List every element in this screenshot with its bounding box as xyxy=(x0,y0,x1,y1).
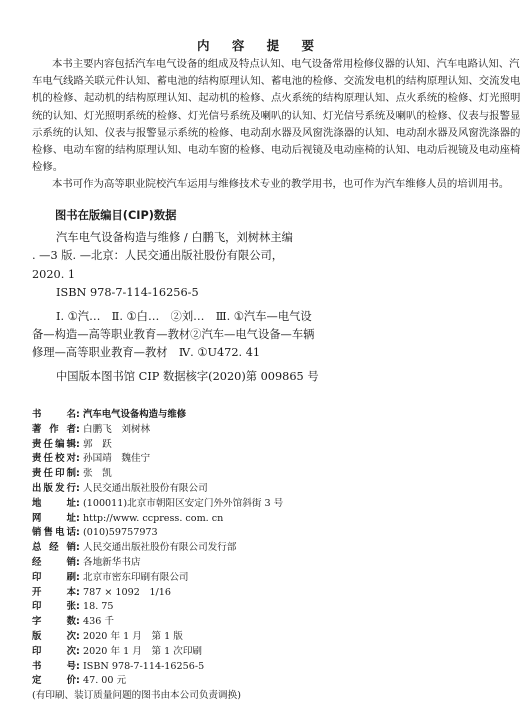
colophon-label: 书名 xyxy=(32,408,76,423)
isbn-value: ISBN 978-7-114-16256-5 xyxy=(82,660,204,675)
printer-value: 北京市密东印刷有限公司 xyxy=(82,571,189,586)
cip-isbn-line: ISBN 978-7-114-16256-5 xyxy=(32,284,492,302)
price-value: 47. 00 元 xyxy=(82,674,126,689)
abstract-line: 本书主要内容包括汽车电气设备的组成及特点认知、电气设备常用检修仪器的认知、汽车电… xyxy=(32,56,490,73)
colophon: 书名:汽车电气设备构造与维修 著作者:白鹏飞 刘树林 责任编辑:郭 跃 责任校对… xyxy=(32,408,492,704)
cip-date-line: 2020. 1 xyxy=(32,266,492,284)
colophon-label: 字数 xyxy=(32,615,76,630)
colophon-row-proofreader: 责任校对:孙国靖 魏佳宁 xyxy=(32,452,492,467)
retailer-value: 各地新华书店 xyxy=(82,556,141,571)
colophon-label: 责任印制 xyxy=(32,467,76,482)
colophon-label: 经销 xyxy=(32,556,76,571)
address-value: (100011)北京市朝阳区安定门外外馆斜街 3 号 xyxy=(82,497,283,512)
distributor-value: 人民交通出版社股份有限公司发行部 xyxy=(82,541,237,556)
colophon-row-format: 开本:787 × 1092 1/16 xyxy=(32,586,492,601)
abstract-usage-paragraph: 本书可作为高等职业院校汽车运用与维修技术专业的教学用书，也可作为汽车维修人员的培… xyxy=(32,176,490,193)
colophon-row-distributor: 总经销:人民交通出版社股份有限公司发行部 xyxy=(32,541,492,556)
colophon-label: 出版发行 xyxy=(32,482,76,497)
cip-heading: 图书在版编目(CIP)数据 xyxy=(55,207,176,223)
cip-classification-line: Ⅰ. ①汽… Ⅱ. ①白… ②刘… Ⅲ. ①汽车—电气设 xyxy=(32,308,492,326)
website-value: http://www. ccpress. com. cn xyxy=(82,512,223,527)
cip-edition-line: . —3 版. —北京：人民交通出版社股份有限公司， xyxy=(32,247,492,265)
sheets-value: 18. 75 xyxy=(82,600,114,615)
copyright-page: 内 容 提 要 本书主要内容包括汽车电气设备的组成及特点认知、电气设备常用检修仪… xyxy=(0,0,520,727)
abstract-line: 统的认知、灯光照明系统的检修、灯光信号系统及喇叭的认知、灯光信号系统及喇叭的检修… xyxy=(32,108,490,125)
colophon-label: 网址 xyxy=(32,512,76,527)
abstract-line: 机的检修、起动机的结构原理认知、起动机的检修、点火系统的结构原理认知、点火系统的… xyxy=(32,90,490,107)
abstract-section: 本书主要内容包括汽车电气设备的组成及特点认知、电气设备常用检修仪器的认知、汽车电… xyxy=(32,56,490,194)
colophon-label: 书号 xyxy=(32,660,76,675)
colophon-label: 印刷 xyxy=(32,571,76,586)
colophon-row-publisher: 出版发行:人民交通出版社股份有限公司 xyxy=(32,482,492,497)
colophon-label: 责任校对 xyxy=(32,452,76,467)
abstract-line: 示系统的认知、仪表与报警显示系统的检修、电动刮水器及风窗洗涤器的认知、电动刮水器… xyxy=(32,125,490,142)
edition-value: 2020 年 1 月 第 1 版 xyxy=(82,630,183,645)
colophon-row-printer: 印刷:北京市密东印刷有限公司 xyxy=(32,571,492,586)
abstract-line: 检修。 xyxy=(32,159,490,176)
book-title-value: 汽车电气设备构造与维修 xyxy=(82,408,186,423)
cip-title-line: 汽车电气设备构造与维修 / 白鹏飞，刘树林主编 xyxy=(32,229,492,247)
abstract-line: 检修、电动车窗的结构原理认知、电动车窗的检修、电动后视镜及电动座椅的认知、电动后… xyxy=(32,142,490,159)
print-manager-value: 张 凯 xyxy=(82,467,112,482)
word-count-value: 436 千 xyxy=(82,615,114,630)
quality-note: (有印刷、装订质量问题的图书由本公司负责调换) xyxy=(32,689,492,704)
phone-value: (010)59757973 xyxy=(82,526,158,541)
cip-data-block: 汽车电气设备构造与维修 / 白鹏飞，刘树林主编 . —3 版. —北京：人民交通… xyxy=(32,229,492,386)
colophon-row-editor: 责任编辑:郭 跃 xyxy=(32,438,492,453)
colophon-label: 责任编辑 xyxy=(32,438,76,453)
cip-record-number: 中国版本图书馆 CIP 数据核字(2020)第 009865 号 xyxy=(32,368,492,386)
abstract-line: 车电气线路关联元件认知、蓄电池的结构原理认知、蓄电池的检修、交流发电机的结构原理… xyxy=(32,73,490,90)
colophon-row-retailer: 经销:各地新华书店 xyxy=(32,556,492,571)
format-value: 787 × 1092 1/16 xyxy=(82,586,171,601)
colophon-label: 开本 xyxy=(32,586,76,601)
proofreader-value: 孙国靖 魏佳宁 xyxy=(82,452,150,467)
colophon-row-word-count: 字数:436 千 xyxy=(32,615,492,630)
impression-value: 2020 年 1 月 第 1 次印刷 xyxy=(82,645,202,660)
colophon-label: 版次 xyxy=(32,630,76,645)
colophon-row-sheets: 印张:18. 75 xyxy=(32,600,492,615)
colophon-row-authors: 著作者:白鹏飞 刘树林 xyxy=(32,423,492,438)
colophon-row-title: 书名:汽车电气设备构造与维修 xyxy=(32,408,492,423)
colophon-label: 总经销 xyxy=(32,541,76,556)
colophon-label: 地址 xyxy=(32,497,76,512)
authors-value: 白鹏飞 刘树林 xyxy=(82,423,150,438)
colophon-row-address: 地址:(100011)北京市朝阳区安定门外外馆斜街 3 号 xyxy=(32,497,492,512)
colophon-label: 印次 xyxy=(32,645,76,660)
colophon-label: 定价 xyxy=(32,674,76,689)
colophon-row-phone: 销售电话:(010)59757973 xyxy=(32,526,492,541)
colophon-row-isbn: 书号:ISBN 978-7-114-16256-5 xyxy=(32,660,492,675)
colophon-row-print-manager: 责任印制:张 凯 xyxy=(32,467,492,482)
colophon-row-website: 网址:http://www. ccpress. com. cn xyxy=(32,512,492,527)
colophon-row-price: 定价:47. 00 元 xyxy=(32,674,492,689)
colophon-label: 著作者 xyxy=(32,423,76,438)
editor-value: 郭 跃 xyxy=(82,438,112,453)
colophon-label: 印张 xyxy=(32,600,76,615)
colophon-label: 销售电话 xyxy=(32,526,76,541)
cip-classification-line: 备—构造—高等职业教育—教材②汽车—电气设备—车辆 xyxy=(32,326,492,344)
publisher-value: 人民交通出版社股份有限公司 xyxy=(82,482,208,497)
colophon-row-impression: 印次:2020 年 1 月 第 1 次印刷 xyxy=(32,645,492,660)
cip-classification-line: 修理—高等职业教育—教材 Ⅳ. ①U472. 41 xyxy=(32,344,492,362)
abstract-title: 内 容 提 要 xyxy=(0,36,520,54)
colophon-row-edition: 版次:2020 年 1 月 第 1 版 xyxy=(32,630,492,645)
